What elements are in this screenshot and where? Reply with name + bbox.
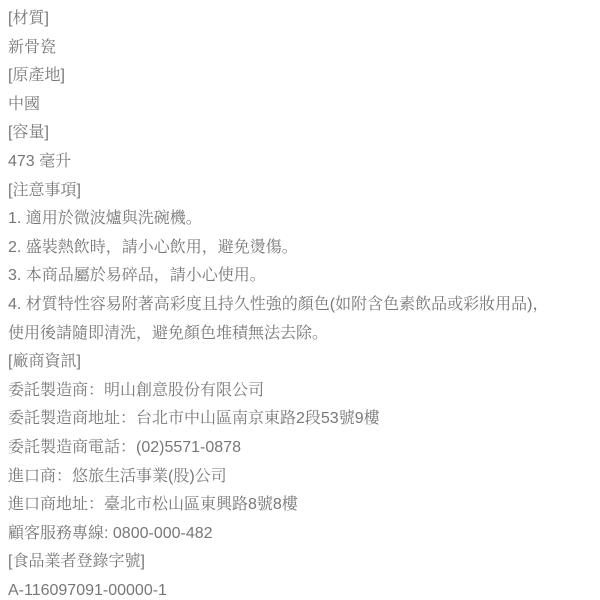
section-heading-notes: [注意事項]: [8, 177, 564, 206]
vendor-line-manufacturer: 委託製造商：明山創意股份有限公司: [8, 377, 564, 406]
section-heading-capacity: [容量]: [8, 119, 564, 148]
vendor-line-manufacturer-address: 委託製造商地址：台北市中山區南京東路2段53號9樓: [8, 405, 564, 434]
registration-number: A-116097091-00000-1: [8, 577, 564, 600]
product-info-panel: [材質] 新骨瓷 [原產地] 中國 [容量] 473 毫升 [注意事項] 1. …: [0, 0, 600, 600]
material-value: 新骨瓷: [8, 34, 564, 63]
origin-value: 中國: [8, 91, 564, 120]
vendor-line-importer: 進口商：悠旅生活事業(股)公司: [8, 463, 564, 492]
note-item-1: 1. 適用於微波爐與洗碗機。: [8, 205, 564, 234]
section-heading-registration: [食品業者登錄字號]: [8, 548, 564, 577]
section-heading-origin: [原產地]: [8, 62, 564, 91]
vendor-line-manufacturer-phone: 委託製造商電話：(02)5571-0878: [8, 434, 564, 463]
note-item-3: 3. 本商品屬於易碎品，請小心使用。: [8, 262, 564, 291]
note-item-2: 2. 盛裝熱飲時，請小心飲用，避免燙傷。: [8, 234, 564, 263]
note-item-4: 4. 材質特性容易附著高彩度且持久性強的顏色(如附含色素飲品或彩妝用品)，使用後…: [8, 291, 564, 348]
vendor-line-importer-address: 進口商地址：臺北市松山區東興路8號8樓: [8, 491, 564, 520]
section-heading-vendor: [廠商資訊]: [8, 348, 564, 377]
capacity-value: 473 毫升: [8, 148, 564, 177]
vendor-line-service-hotline: 顧客服務專線: 0800-000-482: [8, 520, 564, 549]
section-heading-material: [材質]: [8, 5, 564, 34]
